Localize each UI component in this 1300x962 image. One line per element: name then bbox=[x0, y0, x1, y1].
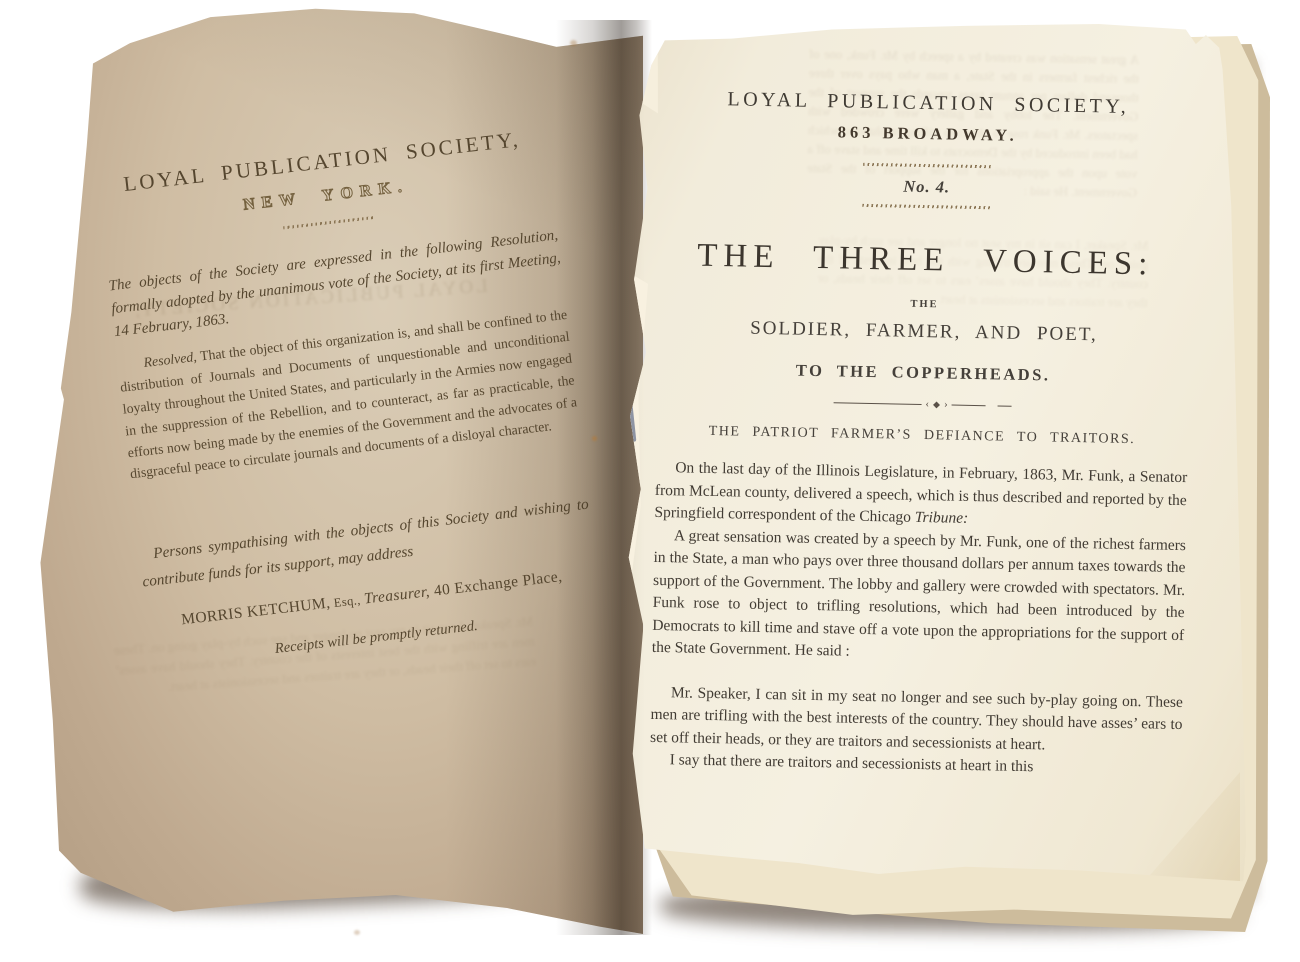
issue-number: No. 4. bbox=[661, 172, 1193, 202]
book-spine-shadow bbox=[556, 20, 652, 935]
divider-ornament: ‹ ◆ › bbox=[657, 394, 1189, 415]
treasurer-name: MORRIS KETCHUM, bbox=[180, 595, 331, 629]
treasurer-address: 40 Exchange Place, bbox=[429, 568, 563, 600]
right-page: A great sensation was created by a speec… bbox=[598, 24, 1266, 936]
dog-ear-fold bbox=[1136, 772, 1240, 884]
left-page: LOYAL PUBLICATION SOCIETY, Mr. Speaker, … bbox=[25, 6, 643, 934]
right-page-content: LOYAL PUBLICATION SOCIETY, 863 BROADWAY.… bbox=[649, 87, 1194, 782]
subtitle-copperheads: TO THE COPPERHEADS. bbox=[657, 358, 1189, 388]
ornament-right-arrow-icon: › bbox=[944, 399, 948, 410]
wavy-rule bbox=[862, 204, 990, 209]
foxing-spot bbox=[592, 436, 597, 441]
treasurer-esq: Esq., bbox=[330, 593, 365, 611]
wavy-rule bbox=[283, 216, 375, 229]
diamond-ornament-icon: ◆ bbox=[933, 400, 940, 409]
pamphlet-title: THE THREE VOICES: bbox=[659, 237, 1192, 284]
society-name-heading: LOYAL PUBLICATION SOCIETY, bbox=[662, 87, 1194, 120]
paragraph-speaker: Mr. Speaker, I can sit in my seat no lon… bbox=[650, 681, 1183, 759]
subtitle-the: THE bbox=[658, 294, 1190, 315]
ornament-line bbox=[998, 405, 1012, 406]
tribune-italic: Tribune: bbox=[915, 509, 969, 527]
resolved-lead: Resolved, bbox=[143, 349, 198, 370]
foxing-spot bbox=[570, 40, 577, 46]
subtitle-line: SOLDIER, FARMER, AND POET, bbox=[658, 316, 1190, 348]
ornament-left-arrow-icon: ‹ bbox=[925, 399, 929, 410]
pamphlet-photo: LOYAL PUBLICATION SOCIETY, Mr. Speaker, … bbox=[0, 0, 1300, 962]
paragraph-sensation: A great sensation was created by a speec… bbox=[652, 524, 1186, 669]
ornament-line bbox=[833, 402, 921, 405]
broadway-address: 863 BROADWAY. bbox=[662, 119, 1194, 149]
treasurer-title: Treasurer, bbox=[363, 584, 431, 608]
paragraph-intro: On the last day of the Illinois Legislat… bbox=[654, 457, 1187, 535]
section-heading: THE PATRIOT FARMER’S DEFIANCE TO TRAITOR… bbox=[656, 423, 1188, 449]
wavy-rule bbox=[863, 163, 991, 168]
left-page-content: LOYAL PUBLICATION SOCIETY, NEW YORK. The… bbox=[96, 124, 602, 672]
foxing-spot bbox=[354, 930, 360, 935]
ornament-line bbox=[952, 405, 986, 407]
